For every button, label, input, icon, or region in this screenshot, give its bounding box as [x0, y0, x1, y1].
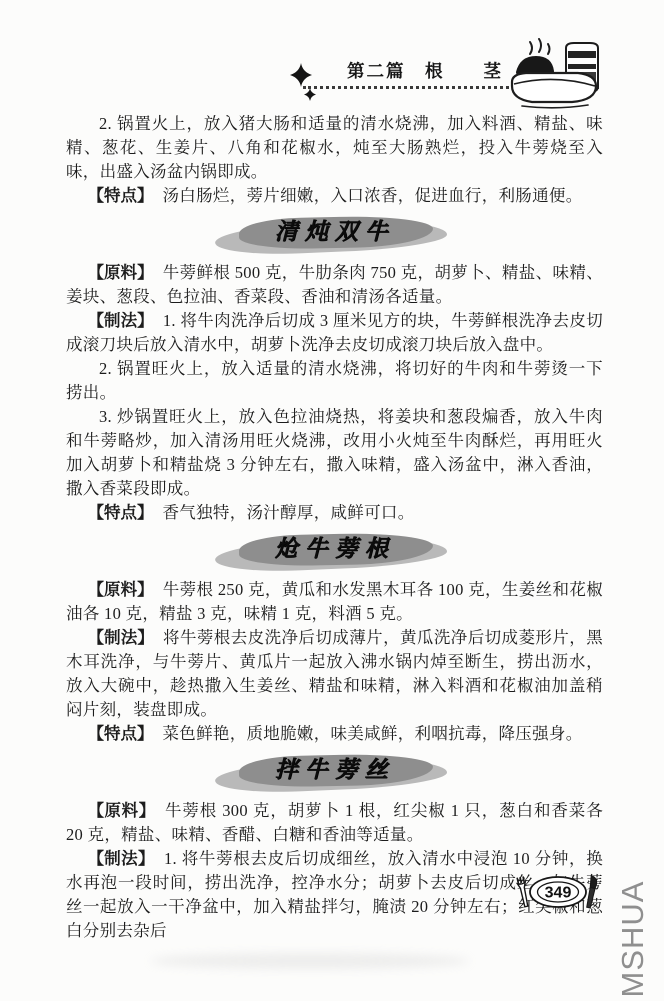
recipe-title-text: 清炖双牛 — [275, 219, 395, 244]
section-label: 【特点】 — [87, 186, 153, 205]
page-body: 2. 锅置火上，放入猪大肠和适量的清水烧沸，加入料酒、精盐、味精、葱花、生姜片、… — [66, 112, 603, 943]
recipe-title-text: 炝牛蒡根 — [275, 536, 395, 561]
book-page: 第二篇 根 茎 2. 锅置火上，放入猪大肠和适量的清水烧沸，加入料酒、精盐、味精… — [0, 0, 664, 1001]
paragraph: 【原料】牛蒡鲜根 500 克，牛肋条肉 750 克，胡萝卜、精盐、味精、姜块、葱… — [66, 261, 603, 309]
paragraph: 2. 锅置旺火上，放入适量的清水烧沸，将切好的牛肉和牛蒡烫一下捞出。 — [66, 357, 603, 405]
paragraph-text: 3. 炒锅置旺火上，放入色拉油烧热，将姜块和葱段煸香，放入牛肉和牛蒡略炒，加入清… — [66, 407, 603, 498]
paragraph: 2. 锅置火上，放入猪大肠和适量的清水烧沸，加入料酒、精盐、味精、葱花、生姜片、… — [66, 112, 603, 184]
recipe-title: 拌牛蒡丝 — [245, 754, 425, 791]
paragraph-text: 菜色鲜艳，质地脆嫩，味美咸鲜，利咽抗毒，降压强身。 — [163, 724, 583, 743]
paragraph-text: 汤白肠烂，蒡片细嫩，入口浓香，促进血行，利肠通便。 — [163, 186, 583, 205]
mshua-watermark: MSHUA — [615, 879, 651, 999]
steaming-dish-illustration — [508, 38, 608, 110]
section-label: 【制法】 — [87, 628, 154, 647]
paragraph-text: 香气独特，汤汁醇厚，咸鲜可口。 — [163, 503, 415, 522]
page-number: 349 — [545, 885, 572, 902]
paragraph: 【特点】菜色鲜艳，质地脆嫩，味美咸鲜，利咽抗毒，降压强身。 — [66, 722, 603, 746]
section-label: 【特点】 — [87, 724, 153, 743]
recipe-title: 炝牛蒡根 — [245, 533, 425, 570]
fork-icon — [516, 876, 530, 907]
recipe-title: 清炖双牛 — [245, 216, 425, 253]
paragraph-text: 2. 锅置旺火上，放入适量的清水烧沸，将切好的牛肉和牛蒡烫一下捞出。 — [66, 359, 603, 402]
paragraph: 【制法】将牛蒡根去皮洗净后切成薄片，黄瓜洗净后切成菱形片，黑木耳洗净，与牛蒡片、… — [66, 626, 603, 722]
section-label: 【特点】 — [87, 503, 153, 522]
recipe-title-text: 拌牛蒡丝 — [275, 757, 395, 782]
paragraph: 3. 炒锅置旺火上，放入色拉油烧热，将姜块和葱段煸香，放入牛肉和牛蒡略炒，加入清… — [66, 405, 603, 501]
paragraph-text: 2. 锅置火上，放入猪大肠和适量的清水烧沸，加入料酒、精盐、味精、葱花、生姜片、… — [66, 114, 603, 181]
paragraph: 【原料】牛蒡根 250 克，黄瓜和水发黑木耳各 100 克，生姜丝和花椒油各 1… — [66, 578, 603, 626]
section-label: 【原料】 — [87, 580, 153, 599]
paragraph: 【特点】汤白肠烂，蒡片细嫩，入口浓香，促进血行，利肠通便。 — [66, 184, 603, 208]
section-label: 【原料】 — [87, 263, 153, 282]
paragraph: 【原料】牛蒡根 300 克，胡萝卜 1 根，红尖椒 1 只，葱白和香菜各 20 … — [66, 799, 603, 847]
paragraph: 【特点】香气独特，汤汁醇厚，咸鲜可口。 — [66, 501, 603, 525]
scan-smudge — [150, 953, 470, 969]
section-label: 【原料】 — [87, 801, 155, 820]
paragraph: 【制法】1. 将牛肉洗净后切成 3 厘米见方的块，牛蒡鲜根洗净去皮切成滚刀块后放… — [66, 309, 603, 357]
page-number-badge: 349 — [514, 871, 600, 913]
section-label: 【制法】 — [87, 849, 154, 868]
section-label: 【制法】 — [87, 311, 153, 330]
